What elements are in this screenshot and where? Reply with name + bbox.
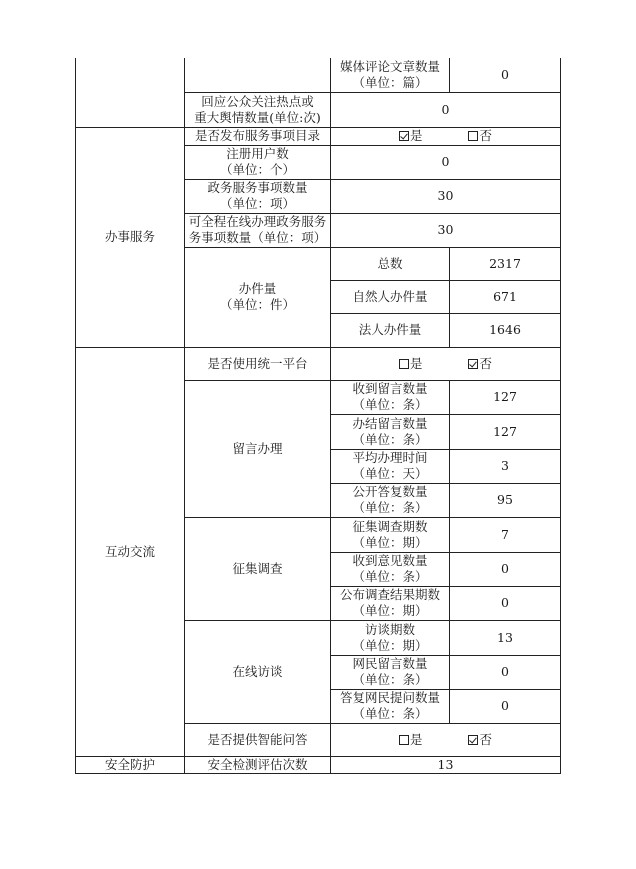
option-yes[interactable]: 是: [399, 356, 423, 372]
government-website-stats-table: 媒体评论文章数量 （单位：篇） 0 回应公众关注热点或 重大舆情数量(单位:次)…: [75, 58, 561, 774]
row-value: 7: [450, 517, 561, 552]
option-yes[interactable]: 是: [399, 128, 423, 144]
row-value: 1646: [450, 313, 561, 347]
row-label: 可全程在线办理政务服务 务事项数量（单位：项）: [185, 213, 331, 247]
table-row: 互动交流 是否使用统一平台 是 否: [76, 347, 561, 380]
row-value: 30: [331, 213, 561, 247]
row-label: 办结留言数量 （单位：条）: [331, 414, 450, 449]
option-no[interactable]: 否: [468, 356, 492, 372]
row-label: 法人办件量: [331, 313, 450, 347]
option-yes[interactable]: 是: [399, 732, 423, 748]
row-value: 0: [450, 655, 561, 689]
row-value: 0: [450, 689, 561, 723]
row-label: 注册用户数 （单位：个）: [185, 145, 331, 179]
interview-label: 在线访谈: [185, 620, 331, 723]
row-label: 征集调查期数 （单位：期）: [331, 517, 450, 552]
row-label: 回应公众关注热点或 重大舆情数量(单位:次): [185, 92, 331, 127]
option-no[interactable]: 否: [468, 732, 492, 748]
row-value: 0: [450, 552, 561, 586]
option-no[interactable]: 否: [468, 128, 492, 144]
row-label: 访谈期数 （单位：期）: [331, 620, 450, 655]
section-security: 安全防护: [76, 756, 185, 773]
row-label: 网民留言数量 （单位：条）: [331, 655, 450, 689]
row-label: 平均办理时间 （单位：天）: [331, 449, 450, 483]
row-value: 13: [450, 620, 561, 655]
messages-label: 留言办理: [185, 380, 331, 517]
row-label: 自然人办件量: [331, 280, 450, 313]
row-label: 安全检测评估次数: [185, 756, 331, 773]
checkbox-checked-icon[interactable]: [399, 131, 409, 141]
row-label: 是否提供智能问答: [185, 723, 331, 756]
unified-platform-options: 是 否: [331, 347, 561, 380]
checkbox-checked-icon[interactable]: [468, 735, 478, 745]
row-label: 是否使用统一平台: [185, 347, 331, 380]
subsection-cell-continued: [185, 58, 331, 92]
section-interaction: 互动交流: [76, 347, 185, 756]
table-row: 媒体评论文章数量 （单位：篇） 0: [76, 58, 561, 92]
row-label: 收到意见数量 （单位：条）: [331, 552, 450, 586]
checkbox-unchecked-icon[interactable]: [468, 131, 478, 141]
row-label: 公布调查结果期数 （单位：期）: [331, 586, 450, 620]
checkbox-unchecked-icon[interactable]: [399, 359, 409, 369]
row-value: 3: [450, 449, 561, 483]
row-label: 收到留言数量 （单位：条）: [331, 380, 450, 414]
row-value: 671: [450, 280, 561, 313]
row-value: 127: [450, 380, 561, 414]
row-label: 政务服务事项数量 （单位：项）: [185, 179, 331, 213]
row-value: 0: [450, 586, 561, 620]
row-label: 总数: [331, 247, 450, 280]
row-label: 公开答复数量 （单位：条）: [331, 483, 450, 517]
smart-qa-options: 是 否: [331, 723, 561, 756]
table-row: 安全防护 安全检测评估次数 13: [76, 756, 561, 773]
row-value: 127: [450, 414, 561, 449]
row-label: 答复网民提问数量 （单位：条）: [331, 689, 450, 723]
document-page: 媒体评论文章数量 （单位：篇） 0 回应公众关注热点或 重大舆情数量(单位:次)…: [0, 0, 636, 869]
row-value: 2317: [450, 247, 561, 280]
row-value: 30: [331, 179, 561, 213]
row-value: 0: [331, 145, 561, 179]
row-label: 媒体评论文章数量 （单位：篇）: [331, 58, 450, 92]
row-value: 0: [450, 58, 561, 92]
section-cell-continued: [76, 58, 185, 127]
row-label: 是否发布服务事项目录: [185, 127, 331, 145]
checkbox-unchecked-icon[interactable]: [399, 735, 409, 745]
publish-catalog-options: 是 否: [331, 127, 561, 145]
row-value: 95: [450, 483, 561, 517]
checkbox-checked-icon[interactable]: [468, 359, 478, 369]
case-volume-label: 办件量 （单位：件）: [185, 247, 331, 347]
row-value: 13: [331, 756, 561, 773]
survey-label: 征集调查: [185, 517, 331, 620]
table-row: 办事服务 是否发布服务事项目录 是 否: [76, 127, 561, 145]
section-service: 办事服务: [76, 127, 185, 347]
row-value: 0: [331, 92, 561, 127]
